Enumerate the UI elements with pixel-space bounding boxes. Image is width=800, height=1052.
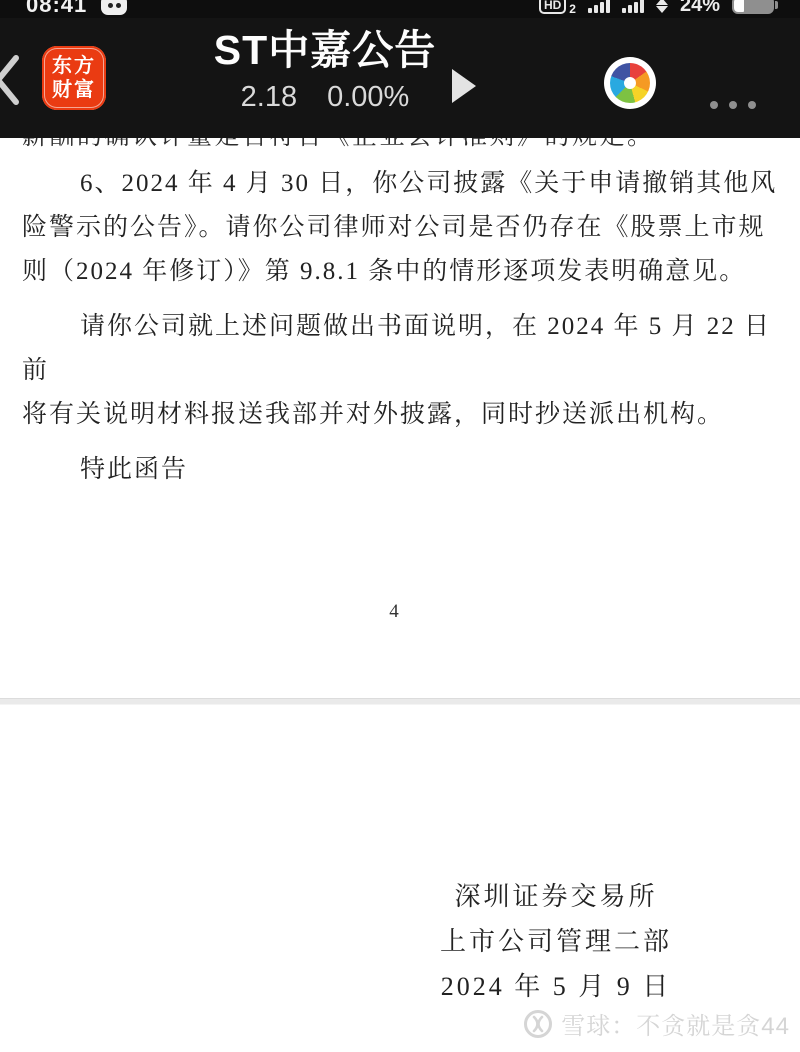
document-scroll-area[interactable]: 薪酬的确认计量是否符合《企业会计准则》的规定。 6、2024 年 4 月 30 … — [0, 0, 800, 1052]
eastmoney-logo[interactable]: 东方 财富 — [42, 46, 106, 110]
page-number: 4 — [0, 601, 788, 623]
signature-dept: 上市公司管理二部 — [372, 919, 740, 964]
paragraph: 请你公司就上述问题做出书面说明，在 2024 年 5 月 22 日前 将有关说明… — [22, 305, 784, 437]
chevron-left-icon — [0, 52, 26, 108]
clock: 08:41 — [26, 0, 87, 18]
app-screen: 薪酬的确认计量是否符合《企业会计准则》的规定。 6、2024 年 4 月 30 … — [0, 0, 800, 1052]
sim2-indicator: 2 — [569, 2, 576, 16]
battery-percent: 24% — [680, 0, 720, 17]
signal-bars-icon-1 — [588, 0, 610, 13]
document-body: 6、2024 年 4 月 30 日，你公司披露《关于申请撤销其他风 险警示的公告… — [22, 162, 784, 492]
signal-bars-icon-2 — [622, 0, 644, 13]
logo-line1: 东方 — [52, 54, 96, 78]
volte-hd-icon: HD — [539, 0, 566, 14]
nav-bar: 东方 财富 ST中嘉公告 2.18 0.00% — [0, 18, 800, 138]
back-button[interactable] — [0, 52, 26, 108]
paragraph-line: 险警示的公告》。请你公司律师对公司是否仍存在《股票上市规 — [22, 206, 784, 250]
stock-price: 2.18 — [241, 80, 297, 114]
signature-org: 深圳证券交易所 — [372, 874, 740, 919]
ellipsis-icon — [710, 101, 718, 109]
loading-shutter-button[interactable] — [604, 57, 656, 109]
color-pinwheel-icon — [610, 63, 650, 103]
play-audio-button[interactable] — [452, 69, 476, 103]
page-break-divider — [0, 698, 800, 705]
status-bar: 08:41 HD 2 24% — [0, 0, 800, 18]
stock-change-percent: 0.00% — [327, 80, 409, 114]
more-menu-button[interactable] — [706, 97, 760, 113]
logo-line2: 财富 — [52, 78, 96, 102]
paragraph: 6、2024 年 4 月 30 日，你公司披露《关于申请撤销其他风 险警示的公告… — [22, 162, 784, 294]
paragraph-line: 6、2024 年 4 月 30 日，你公司披露《关于申请撤销其他风 — [22, 162, 784, 206]
watermark: 雪球：不贪就是贪44 — [524, 1006, 790, 1041]
paragraph-line: 将有关说明材料报送我部并对外披露，同时抄送派出机构。 — [22, 393, 784, 437]
paragraph-line: 特此函告 — [22, 448, 784, 492]
watermark-text: 雪球：不贪就是贪44 — [561, 1006, 790, 1041]
battery-icon — [732, 0, 774, 14]
signature-date: 2024 年 5 月 9 日 — [372, 964, 740, 1009]
data-transfer-icon — [656, 0, 668, 13]
xueqiu-logo-icon — [524, 1010, 552, 1038]
notification-app-icon — [101, 0, 127, 15]
signature-block: 深圳证券交易所 上市公司管理二部 2024 年 5 月 9 日 — [372, 874, 740, 1009]
paragraph-line: 则（2024 年修订）》第 9.8.1 条中的情形逐项发表明确意见。 — [22, 250, 784, 294]
paragraph-line: 请你公司就上述问题做出书面说明，在 2024 年 5 月 22 日前 — [22, 305, 784, 393]
paragraph: 特此函告 — [22, 448, 784, 492]
